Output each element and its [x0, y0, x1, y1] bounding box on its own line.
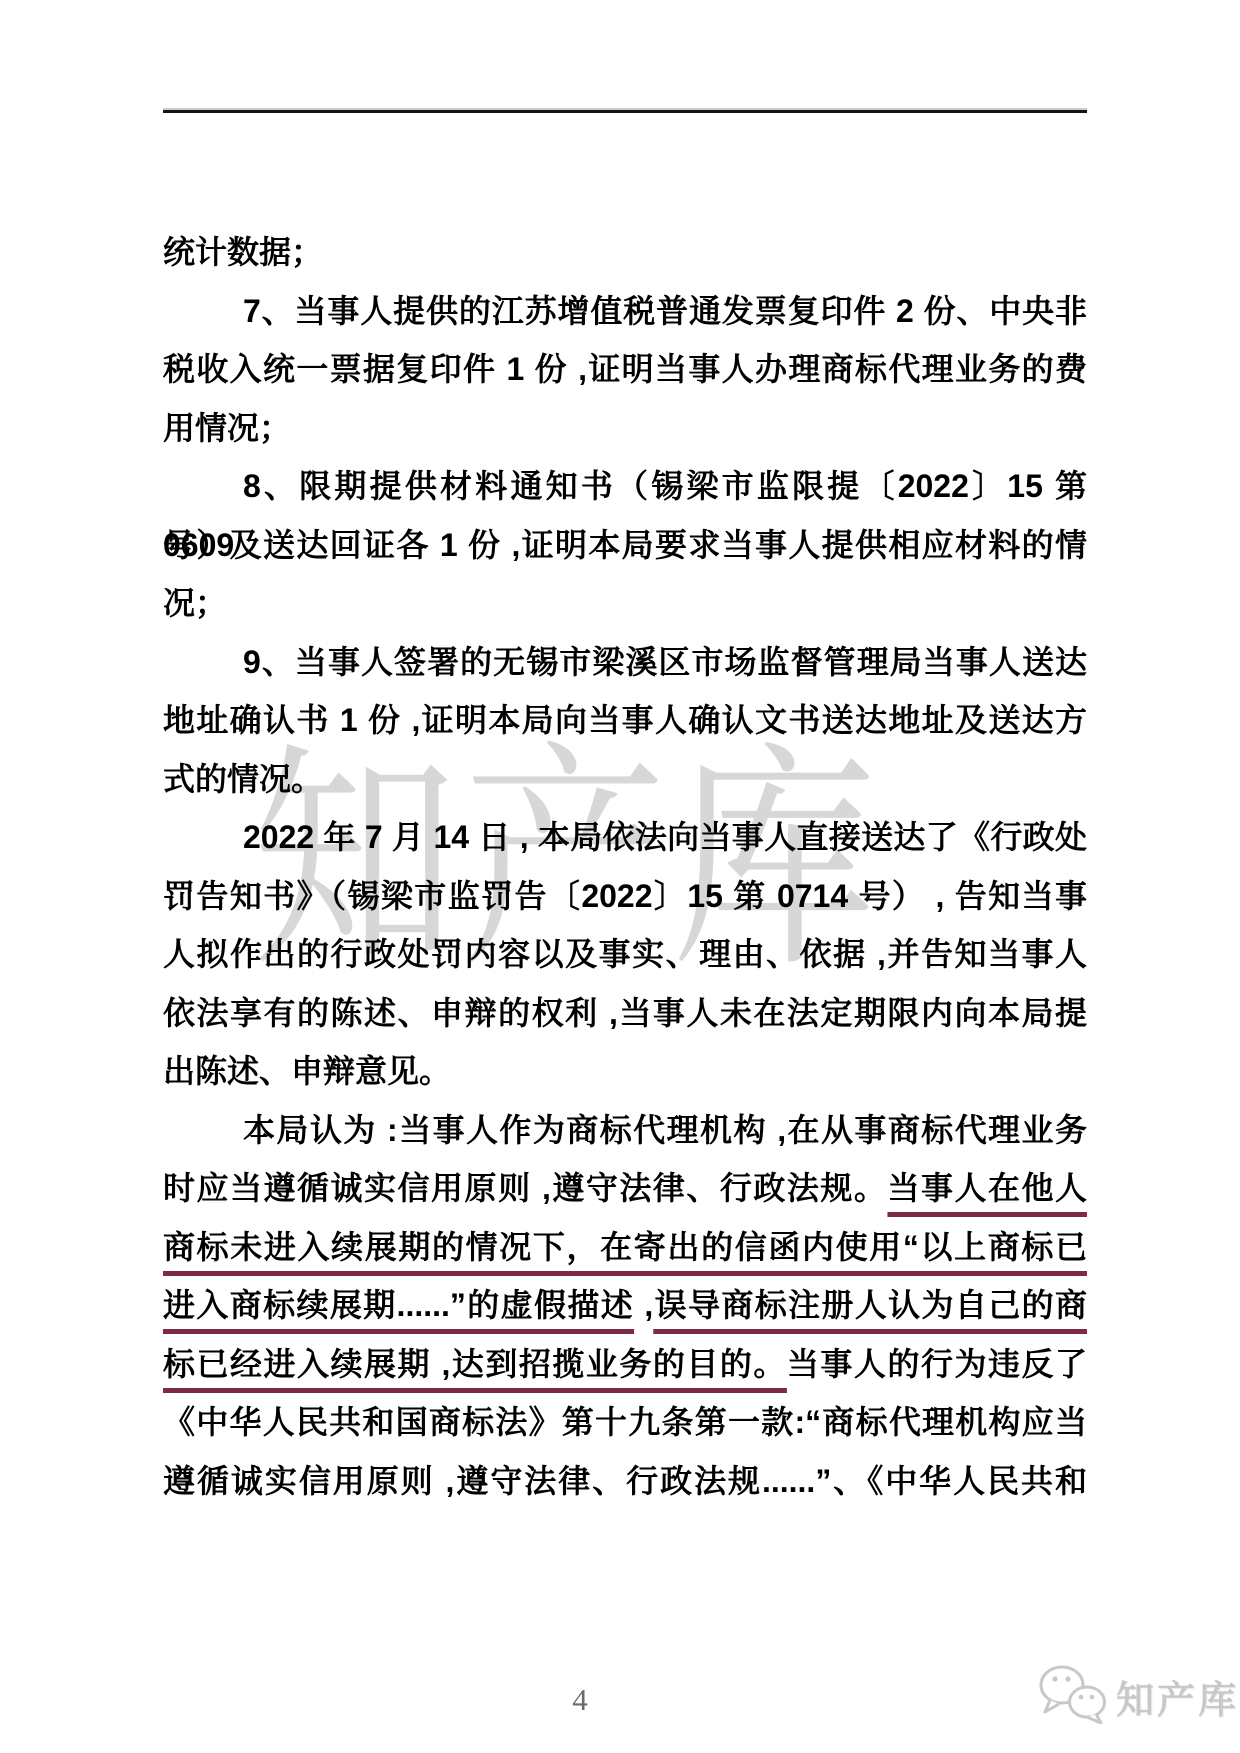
- document-line: 标已经进入续展期 ,达到招揽业务的目的。当事人的行为违反了: [163, 1335, 1087, 1394]
- document-line: 9、当事人签署的无锡市梁溪区市场监督管理局当事人送达: [163, 633, 1087, 692]
- text: 9、当事人签署的无锡市梁溪区市场监督管理局当事人送达: [243, 644, 1087, 680]
- text: 统计数据；: [163, 234, 323, 270]
- document-line: 2022 年 7 月 14 日 , 本局依法向当事人直接送达了《行政处: [163, 808, 1087, 867]
- text: 本局认为 :当事人作为商标代理机构 ,在从事商标代理业务: [243, 1112, 1087, 1148]
- text: 遵循诚实信用原则 ,遵守法律、行政法规......”、《中华人民共和: [163, 1463, 1087, 1499]
- document-line: 本局认为 :当事人作为商标代理机构 ,在从事商标代理业务: [163, 1101, 1087, 1160]
- text: 人拟作出的行政处罚内容以及事实、理由、依据 ,并告知当事人: [163, 936, 1087, 972]
- document-line: 地址确认书 1 份 ,证明本局向当事人确认文书送达地址及送达方: [163, 691, 1087, 750]
- wechat-bubbles-icon: [1036, 1664, 1110, 1729]
- document-line: 罚告知书》（锡梁市监罚告〔2022〕15 第 0714 号） , 告知当事: [163, 867, 1087, 926]
- document-line: 进入商标续展期......”的虚假描述 ,误导商标注册人认为自己的商: [163, 1276, 1087, 1335]
- text: 税收入统一票据复印件 1 份 ,证明当事人办理商标代理业务的费: [163, 351, 1087, 387]
- text: 2022 年 7 月 14 日 , 本局依法向当事人直接送达了《行政处: [243, 819, 1087, 855]
- text: 况；: [163, 585, 227, 621]
- document-line: 时应当遵循诚实信用原则 ,遵守法律、行政法规。当事人在他人: [163, 1159, 1087, 1218]
- document-line: 商标未进入续展期的情况下，在寄出的信函内使用“以上商标已: [163, 1218, 1087, 1277]
- text: 依法享有的陈述、申辩的权利 ,当事人未在法定期限内向本局提: [163, 995, 1087, 1031]
- text: 式的情况。: [163, 761, 323, 797]
- document-page: 知产库 统计数据；7、当事人提供的江苏增值税普通发票复印件 2 份、中央非税收入…: [0, 0, 1240, 1753]
- text: 当事人的行为违反了: [787, 1346, 1087, 1382]
- document-line: 用情况；: [163, 399, 1087, 458]
- header-rule: [163, 110, 1087, 113]
- document-line: 遵循诚实信用原则 ,遵守法律、行政法规......”、《中华人民共和: [163, 1452, 1087, 1511]
- underlined-text: 标已经进入续展期 ,达到招揽业务的目的。: [163, 1346, 787, 1382]
- document-line: 8、限期提供材料通知书（锡梁市监限提〔2022〕15 第 0609: [163, 457, 1087, 516]
- text: 出陈述、申辩意见。: [163, 1053, 451, 1089]
- text: 7、当事人提供的江苏增值税普通发票复印件 2 份、中央非: [243, 293, 1087, 329]
- document-line: 况；: [163, 574, 1087, 633]
- text: 时应当遵循诚实信用原则 ,遵守法律、行政法规。: [163, 1170, 887, 1206]
- underlined-text: 商标未进入续展期的情况下，在寄出的信函内使用“以上商标已: [163, 1229, 1087, 1265]
- brand-logo: 知产库: [1036, 1664, 1239, 1729]
- underlined-text: 进入商标续展期......”的虚假描述: [163, 1287, 634, 1323]
- text: 号）及送达回证各 1 份 ,证明本局要求当事人提供相应材料的情: [163, 527, 1087, 563]
- text: 用情况；: [163, 410, 291, 446]
- document-line: 号）及送达回证各 1 份 ,证明本局要求当事人提供相应材料的情: [163, 516, 1087, 575]
- document-line: 人拟作出的行政处罚内容以及事实、理由、依据 ,并告知当事人: [163, 925, 1087, 984]
- brand-name: 知产库: [1116, 1669, 1239, 1724]
- document-line: 统计数据；: [163, 223, 1087, 282]
- text: 《中华人民共和国商标法》第十九条第一款:“商标代理机构应当: [163, 1404, 1087, 1440]
- underlined-text: 当事人在他人: [887, 1170, 1087, 1206]
- text: ,: [634, 1287, 653, 1323]
- document-line: 《中华人民共和国商标法》第十九条第一款:“商标代理机构应当: [163, 1393, 1087, 1452]
- document-body: 统计数据；7、当事人提供的江苏增值税普通发票复印件 2 份、中央非税收入统一票据…: [163, 223, 1087, 1510]
- page-number: 4: [540, 1682, 620, 1718]
- document-line: 7、当事人提供的江苏增值税普通发票复印件 2 份、中央非: [163, 282, 1087, 341]
- text: 地址确认书 1 份 ,证明本局向当事人确认文书送达地址及送达方: [163, 702, 1087, 738]
- document-line: 出陈述、申辩意见。: [163, 1042, 1087, 1101]
- underlined-text: 误导商标注册人认为自己的商: [653, 1287, 1087, 1323]
- document-line: 依法享有的陈述、申辩的权利 ,当事人未在法定期限内向本局提: [163, 984, 1087, 1043]
- document-line: 税收入统一票据复印件 1 份 ,证明当事人办理商标代理业务的费: [163, 340, 1087, 399]
- document-line: 式的情况。: [163, 750, 1087, 809]
- text: 罚告知书》（锡梁市监罚告〔2022〕15 第 0714 号） , 告知当事: [163, 878, 1087, 914]
